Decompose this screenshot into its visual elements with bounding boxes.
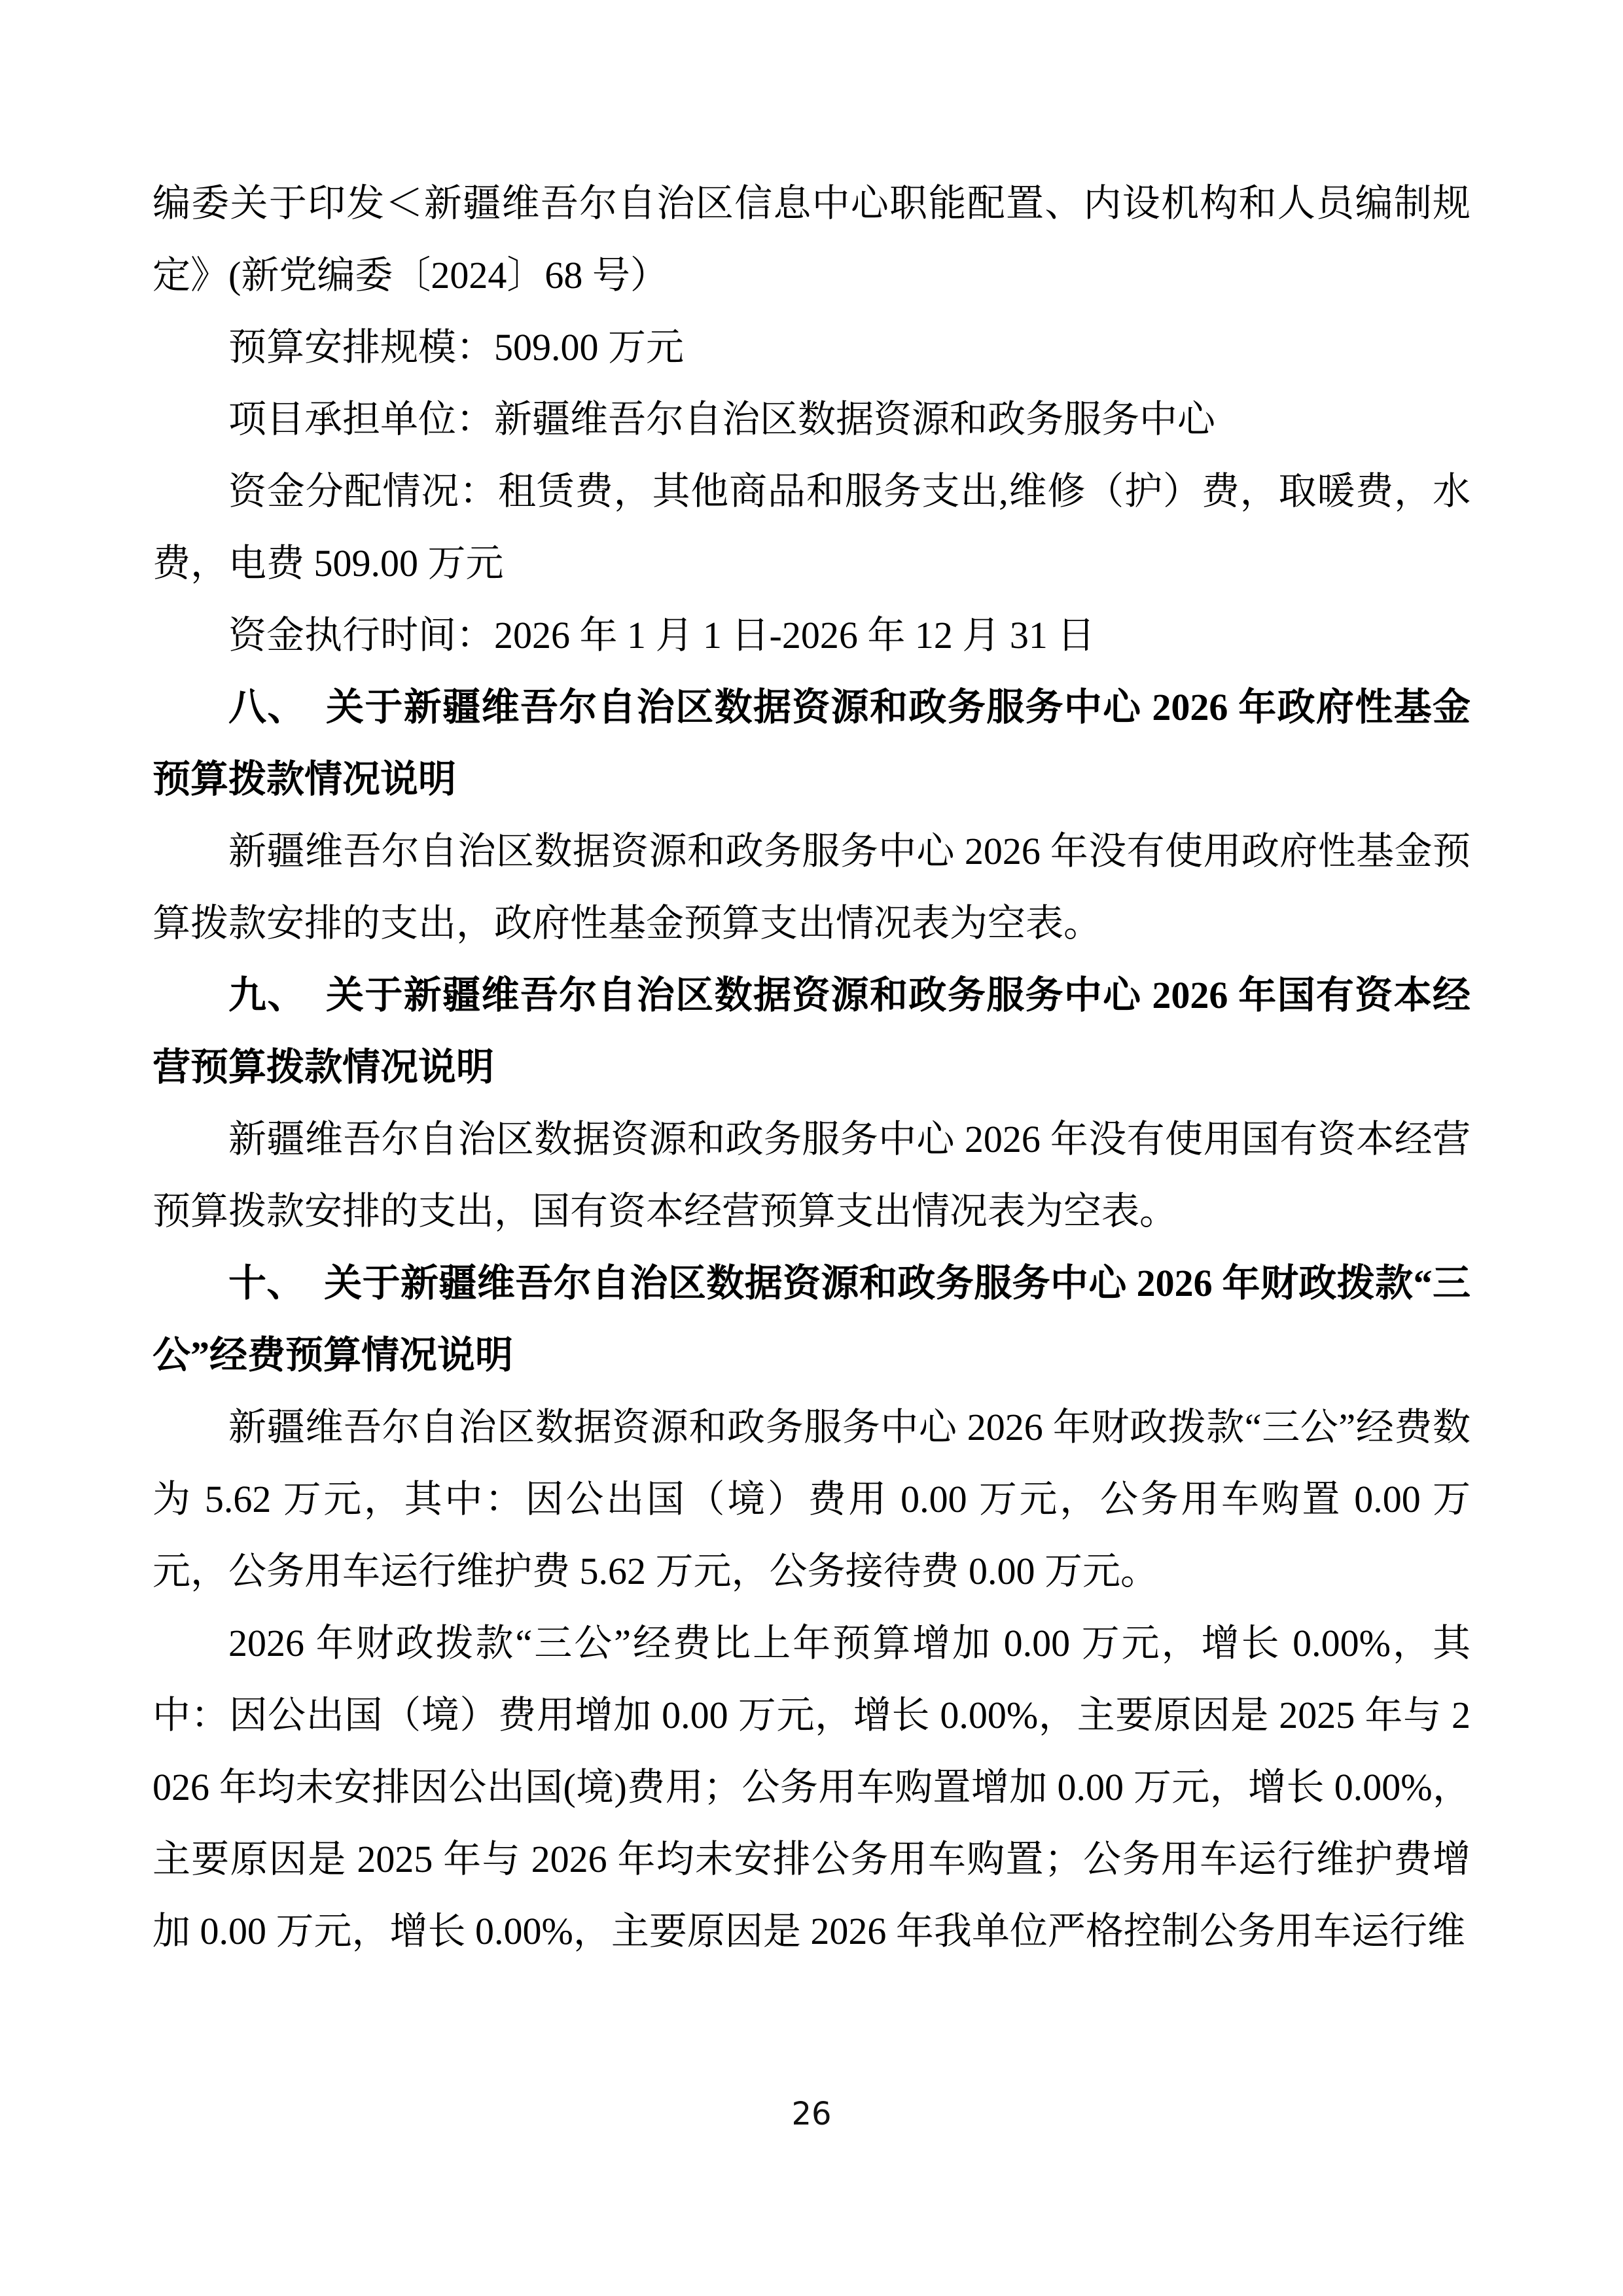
paragraph: 新疆维吾尔自治区数据资源和政务服务中心 2026 年没有使用国有资本经营预算拨款… (152, 1103, 1471, 1247)
paragraph: 资金分配情况：租赁费，其他商品和服务支出,维修（护）费，取暖费，水费，电费 50… (152, 456, 1471, 600)
paragraph: 资金执行时间：2026 年 1 月 1 日-2026 年 12 月 31 日 (152, 600, 1471, 672)
paragraph: 新疆维吾尔自治区数据资源和政务服务中心 2026 年财政拨款“三公”经费数为 5… (152, 1391, 1471, 1607)
document-body: 编委关于印发＜新疆维吾尔自治区信息中心职能配置、内设机构和人员编制规定》(新党编… (152, 168, 1471, 1967)
section-heading: 八、 关于新疆维吾尔自治区数据资源和政务服务中心 2026 年政府性基金预算拨款… (152, 672, 1471, 816)
paragraph: 项目承担单位：新疆维吾尔自治区数据资源和政务服务中心 (152, 384, 1471, 456)
section-heading: 十、 关于新疆维吾尔自治区数据资源和政务服务中心 2026 年财政拨款“三公”经… (152, 1247, 1471, 1391)
paragraph: 编委关于印发＜新疆维吾尔自治区信息中心职能配置、内设机构和人员编制规定》(新党编… (152, 168, 1471, 312)
paragraph: 预算安排规模：509.00 万元 (152, 312, 1471, 384)
paragraph: 新疆维吾尔自治区数据资源和政务服务中心 2026 年没有使用政府性基金预算拨款安… (152, 816, 1471, 960)
paragraph: 2026 年财政拨款“三公”经费比上年预算增加 0.00 万元，增长 0.00%… (152, 1607, 1471, 1967)
section-heading: 九、 关于新疆维吾尔自治区数据资源和政务服务中心 2026 年国有资本经营预算拨… (152, 960, 1471, 1103)
page-number: 26 (0, 2096, 1623, 2132)
document-page: 编委关于印发＜新疆维吾尔自治区信息中心职能配置、内设机构和人员编制规定》(新党编… (0, 0, 1623, 2296)
